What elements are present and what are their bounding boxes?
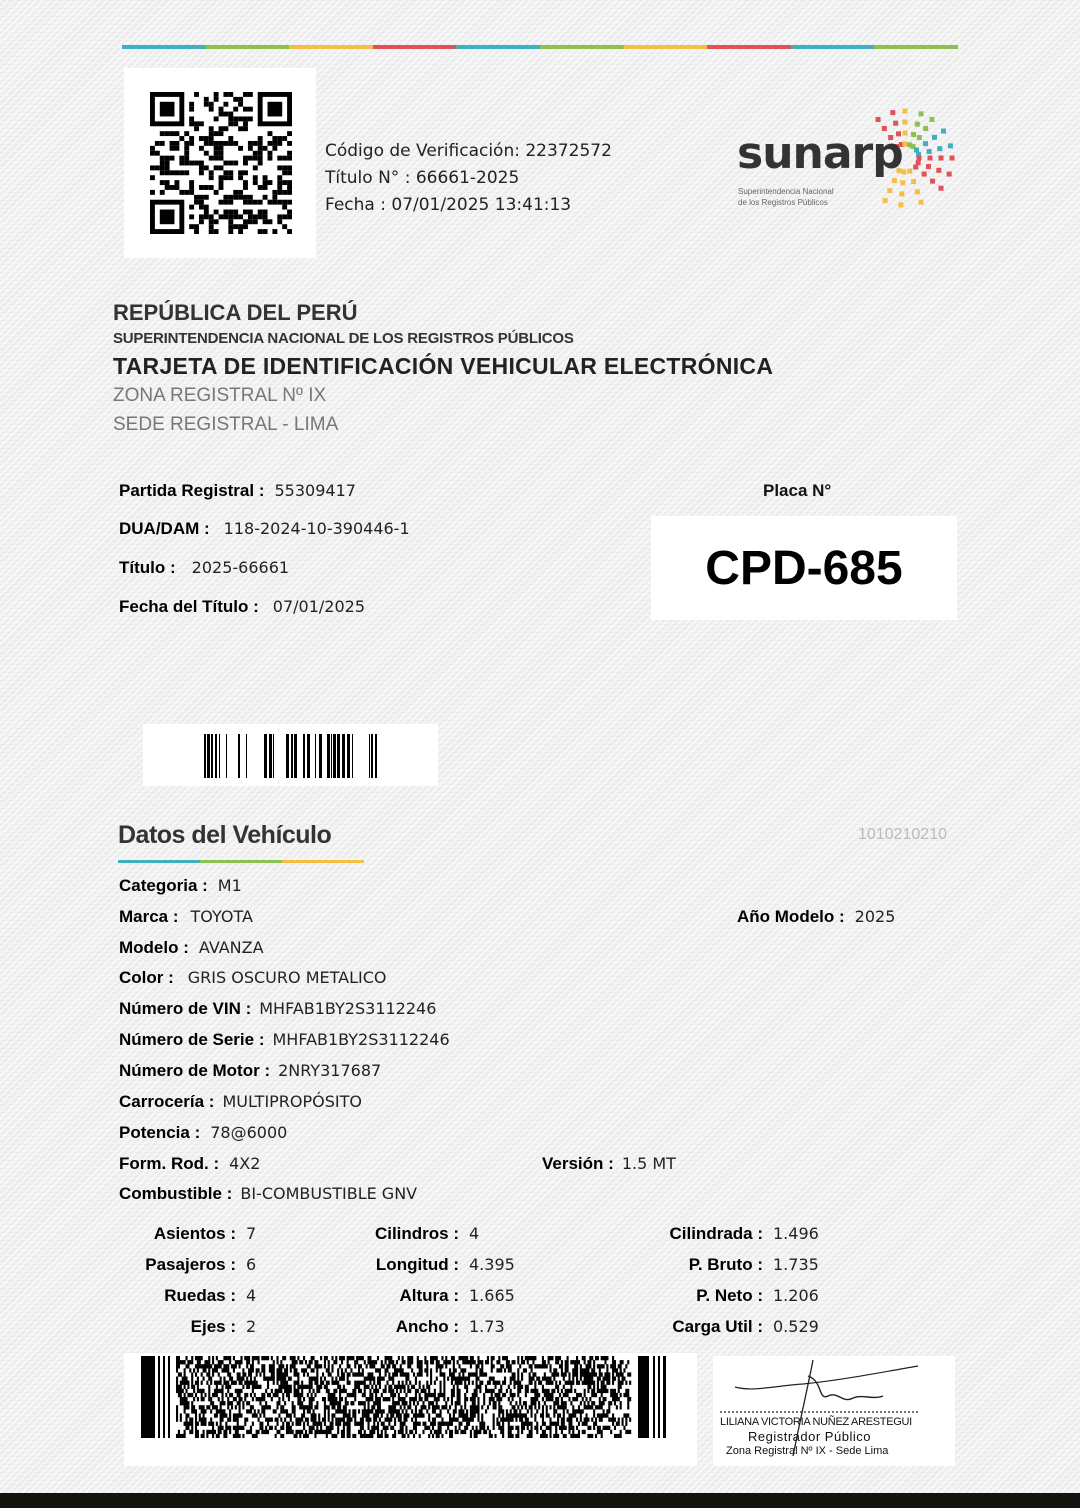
country-heading: REPÚBLICA DEL PERÚ [113,300,357,326]
field-label: Carga Util : [640,1317,763,1337]
field-value: 2025 [855,907,896,926]
stripe-red [373,45,457,49]
field-value: 2 [246,1317,256,1336]
logo-subtitle-line1: Superintendencia Nacional [738,186,834,197]
field-label: Form. Rod. : [119,1154,219,1173]
logo-subtitle: Superintendencia Nacional de los Registr… [738,186,834,208]
vehicle-id-card: Código de Verificación: 22372572 Título … [0,0,1080,1493]
field-label: DUA/DAM : [119,519,210,538]
field-value: 2NRY317687 [278,1061,381,1080]
cilindrada-field: Cilindrada :1.496 [640,1224,819,1244]
field-value: 1.665 [469,1286,515,1305]
field-label: Número de Serie : [119,1030,265,1049]
underline-teal [118,860,200,863]
motor-field: Número de Motor :2NRY317687 [119,1061,381,1081]
logo-subtitle-line2: de los Registros Públicos [738,197,834,208]
field-value: TOYOTA [191,907,253,926]
field-value: 55309417 [275,481,356,500]
field-label: Número de VIN : [119,999,251,1018]
field-label: Modelo : [119,938,189,957]
form-rod-field: Form. Rod. :4X2 [119,1154,260,1174]
field-value: 6 [246,1255,256,1274]
barcode [143,724,438,786]
stripe-yellow [624,45,708,49]
fecha-titulo-field: Fecha del Título :07/01/2025 [119,597,365,617]
field-label: Asientos : [110,1224,236,1244]
ruedas-field: Ruedas :4 [110,1286,256,1306]
document-title: TARJETA DE IDENTIFICACIÓN VEHICULAR ELEC… [113,353,773,380]
longitud-field: Longitud :4.395 [330,1255,515,1275]
dua-field: DUA/DAM :118-2024-10-390446-1 [119,519,410,539]
institution-heading: SUPERINTENDENCIA NACIONAL DE LOS REGISTR… [113,330,574,347]
stripe-teal [122,45,206,49]
potencia-field: Potencia :78@6000 [119,1123,287,1143]
categoria-field: Categoria :M1 [119,876,242,896]
field-label: Potencia : [119,1123,200,1142]
zone-heading: ZONA REGISTRAL Nº IX [113,385,326,407]
field-value: 1.496 [773,1224,819,1243]
pasajeros-field: Pasajeros :6 [110,1255,256,1275]
ejes-field: Ejes :2 [110,1317,256,1337]
stripe-green [874,45,958,49]
field-label: Ejes : [110,1317,236,1337]
stripe-green [206,45,290,49]
verification-block: Código de Verificación: 22372572 Título … [325,138,612,219]
placa-box: CPD-685 [651,516,957,620]
altura-field: Altura :1.665 [330,1286,515,1306]
field-value: 1.73 [469,1317,505,1336]
field-label: Color : [119,968,174,987]
field-label: Marca : [119,907,179,926]
sunarp-logo: sunarp Superintendencia Nacional de los … [735,88,975,223]
vehicle-section-title: Datos del Vehículo [118,821,331,850]
field-label: Ruedas : [110,1286,236,1306]
field-value: 1.735 [773,1255,819,1274]
field-value: BI-COMBUSTIBLE GNV [240,1184,417,1203]
asientos-field: Asientos :7 [110,1224,256,1244]
office-heading: SEDE REGISTRAL - LIMA [113,414,338,436]
carga-util-field: Carga Util :0.529 [640,1317,819,1337]
signature-block: LILIANA VICTORIA NUÑEZ ARESTEGUI Registr… [713,1356,955,1466]
logo-wordmark: sunarp [737,128,903,179]
field-label: Ancho : [330,1317,459,1337]
field-value: MULTIPROPÓSITO [222,1092,362,1111]
field-label: Cilindrada : [640,1224,763,1244]
verification-date: Fecha : 07/01/2025 13:41:13 [325,192,612,219]
field-label: Categoria : [119,876,208,895]
vin-field: Número de VIN :MHFAB1BY2S3112246 [119,999,436,1019]
field-value: MHFAB1BY2S3112246 [273,1030,450,1049]
field-label: Título : [119,558,176,577]
field-label: P. Bruto : [640,1255,763,1275]
stripe-yellow [289,45,373,49]
qr-code-icon [149,92,293,234]
field-value: 4X2 [229,1154,260,1173]
modelo-field: Modelo :AVANZA [119,938,264,958]
field-label: Año Modelo : [737,907,845,926]
combustible-field: Combustible :BI-COMBUSTIBLE GNV [119,1184,417,1204]
placa-label: Placa N° [763,481,831,501]
field-value: 07/01/2025 [273,597,365,616]
field-value: 1.206 [773,1286,819,1305]
pdf417-barcode [124,1353,697,1466]
qr-code [124,68,316,258]
barcode-icon [201,734,379,778]
field-value: 78@6000 [210,1123,287,1142]
field-value: 4 [469,1224,479,1243]
field-label: Pasajeros : [110,1255,236,1275]
titulo-field: Título :2025-66661 [119,558,289,578]
underline-yellow [282,860,364,863]
p-bruto-field: P. Bruto :1.735 [640,1255,819,1275]
field-value: MHFAB1BY2S3112246 [259,999,436,1018]
field-label: Partida Registral : [119,481,265,500]
color-stripe [122,45,958,49]
cilindros-field: Cilindros :4 [330,1224,479,1244]
serial-code: 1010210210 [858,826,947,844]
verification-code: Código de Verificación: 22372572 [325,138,612,165]
field-value: 118-2024-10-390446-1 [224,519,410,538]
marca-field: Marca :TOYOTA [119,907,253,927]
field-value: 7 [246,1224,256,1243]
placa-value: CPD-685 [705,541,902,596]
stripe-teal [791,45,875,49]
field-value: AVANZA [199,938,264,957]
field-value: 2025-66661 [192,558,289,577]
pdf417-icon [141,1356,681,1438]
partida-field: Partida Registral :55309417 [119,481,356,501]
carroceria-field: Carrocería :MULTIPROPÓSITO [119,1092,362,1112]
ancho-field: Ancho :1.73 [330,1317,505,1337]
field-label: Número de Motor : [119,1061,270,1080]
anio-modelo-field: Año Modelo :2025 [737,907,895,927]
signer-role: Registrador Público [748,1429,871,1444]
stripe-green [540,45,624,49]
field-label: Cilindros : [330,1224,459,1244]
verification-title-number: Título N° : 66661-2025 [325,165,612,192]
signer-name: LILIANA VICTORIA NUÑEZ ARESTEGUI [720,1416,912,1428]
field-value: 0.529 [773,1317,819,1336]
field-label: Versión : [542,1154,614,1173]
field-value: 4 [246,1286,256,1305]
section-underline [118,860,364,863]
field-label: Combustible : [119,1184,232,1203]
field-label: Longitud : [330,1255,459,1275]
signer-zone: Zona Registral Nº IX - Sede Lima [726,1445,888,1457]
version-field: Versión :1.5 MT [542,1154,676,1174]
field-value: M1 [218,876,242,895]
underline-green [200,860,282,863]
field-value: 4.395 [469,1255,515,1274]
field-value: GRIS OSCURO METALICO [188,968,387,987]
field-label: Altura : [330,1286,459,1306]
stripe-teal [456,45,540,49]
field-label: P. Neto : [640,1286,763,1306]
p-neto-field: P. Neto :1.206 [640,1286,819,1306]
field-value: 1.5 MT [622,1154,676,1173]
color-field: Color :GRIS OSCURO METALICO [119,968,386,988]
field-label: Carrocería : [119,1092,214,1111]
bottom-bar [0,1493,1080,1508]
field-label: Fecha del Título : [119,597,259,616]
stripe-red [707,45,791,49]
serie-field: Número de Serie :MHFAB1BY2S3112246 [119,1030,450,1050]
